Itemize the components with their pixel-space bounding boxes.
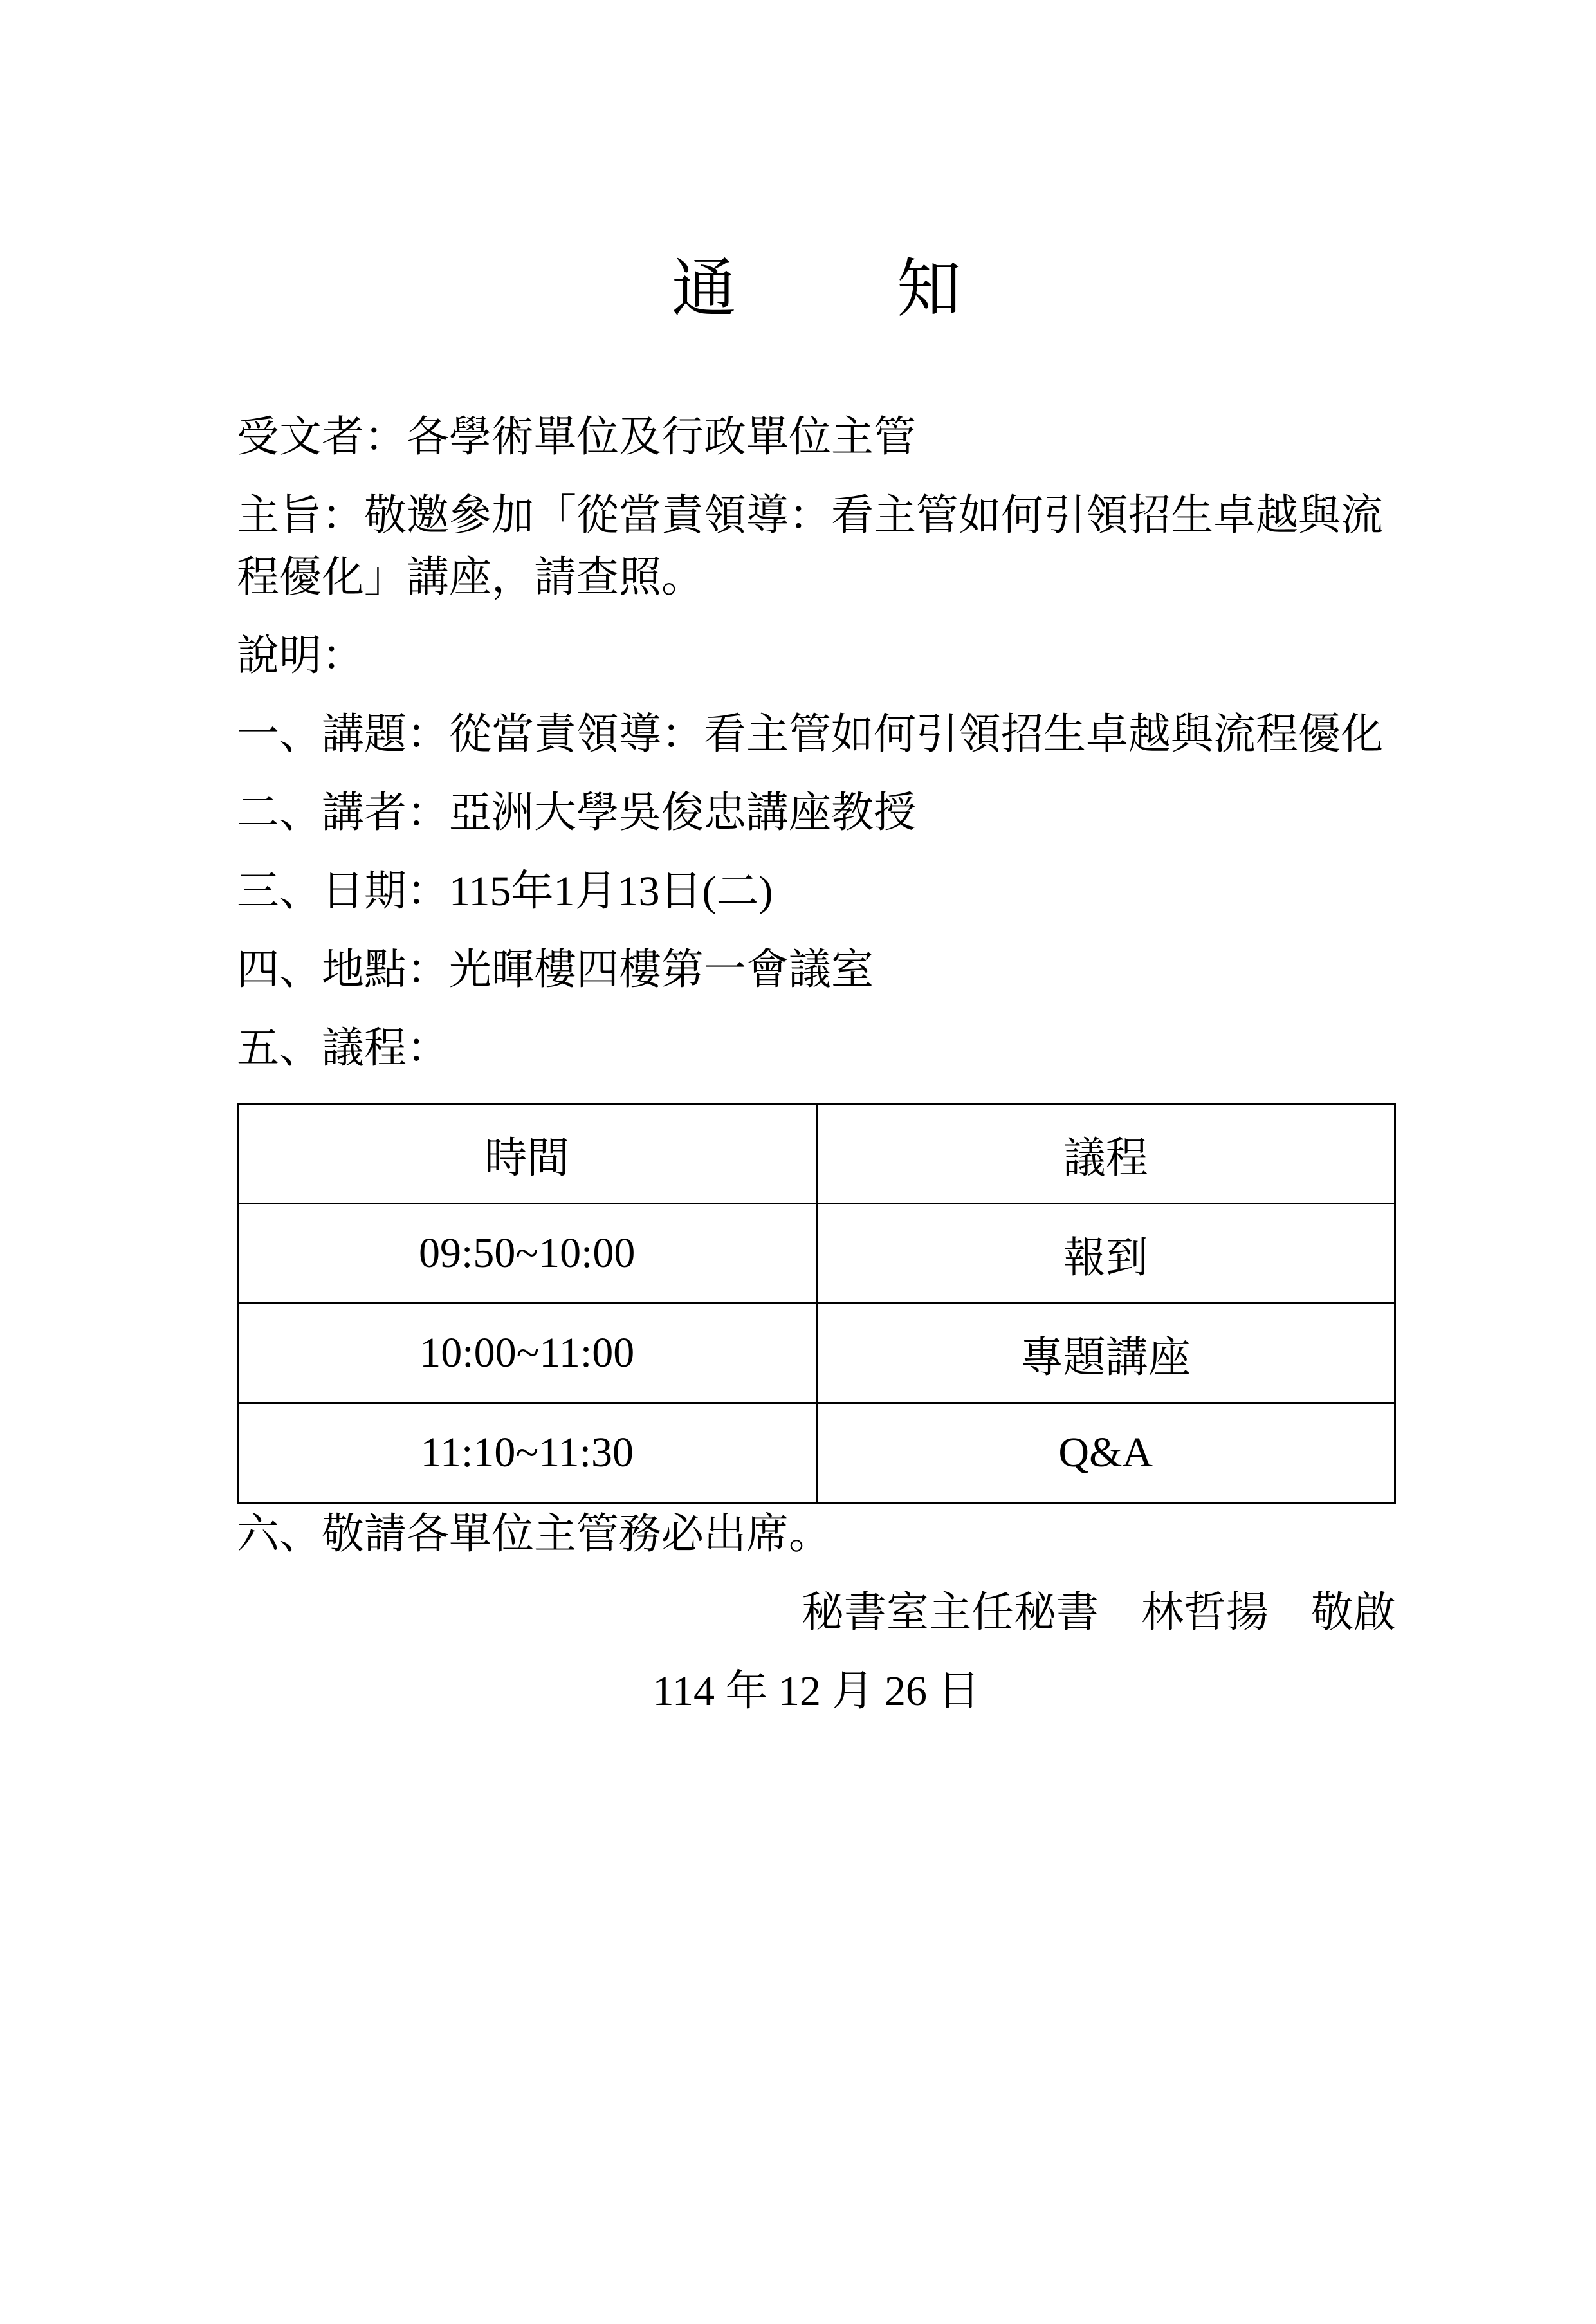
agenda-row-2-activity: 專題講座 <box>816 1304 1395 1403</box>
title-char-left: 通 <box>672 251 736 328</box>
agenda-table: 時間 議程 09:50~10:00 報到 10:00~11:00 專題講座 11… <box>237 1103 1396 1504</box>
table-row: 09:50~10:00 報到 <box>238 1204 1395 1304</box>
table-row: 10:00~11:00 專題講座 <box>238 1304 1395 1403</box>
item-4-location: 四、地點：光暉樓四樓第一會議室 <box>237 939 1396 1001</box>
agenda-header-row: 時間 議程 <box>238 1104 1395 1204</box>
item-3-date: 三、日期：115年1月13日(二) <box>237 861 1396 923</box>
title-char-right: 知 <box>897 251 961 328</box>
item-2-speaker: 二、講者：亞洲大學吳俊忠講座教授 <box>237 782 1396 844</box>
subject-line-1: 主旨：敬邀參加「從當責領導：看主管如何引領招生卓越與流 <box>237 485 1396 547</box>
agenda-row-1-time: 09:50~10:00 <box>238 1204 817 1304</box>
agenda-row-3-time: 11:10~11:30 <box>238 1403 817 1503</box>
recipient-line: 受文者：各學術單位及行政單位主管 <box>237 407 1396 468</box>
agenda-header-activity: 議程 <box>816 1104 1395 1204</box>
explanation-heading: 說明： <box>237 625 1396 687</box>
agenda-row-3-activity: Q&A <box>816 1403 1395 1503</box>
subject-line-2: 程優化」講座，請查照。 <box>237 547 1396 609</box>
issue-date-line: 114 年 12 月 26 日 <box>237 1661 1396 1722</box>
signature-line: 秘書室主任秘書 林哲揚 敬啟 <box>237 1582 1396 1644</box>
agenda-header-time: 時間 <box>238 1104 817 1204</box>
notice-document: 通 知 受文者：各學術單位及行政單位主管 主旨：敬邀參加「從當責領導：看主管如何… <box>0 0 1596 2324</box>
item-1-topic: 一、講題：從當責領導：看主管如何引領招生卓越與流程優化 <box>237 704 1396 766</box>
agenda-row-2-time: 10:00~11:00 <box>238 1304 817 1403</box>
subject-paragraph: 主旨：敬邀參加「從當責領導：看主管如何引領招生卓越與流 程優化」講座，請查照。 <box>237 485 1396 609</box>
page-title: 通 知 <box>237 251 1396 328</box>
item-6-closing: 六、敬請各單位主管務必出席。 <box>237 1504 1396 1565</box>
notice-body: 受文者：各學術單位及行政單位主管 主旨：敬邀參加「從當責領導：看主管如何引領招生… <box>237 407 1396 1722</box>
agenda-row-1-activity: 報到 <box>816 1204 1395 1304</box>
table-row: 11:10~11:30 Q&A <box>238 1403 1395 1503</box>
item-5-agenda: 五、議程： <box>237 1018 1396 1080</box>
